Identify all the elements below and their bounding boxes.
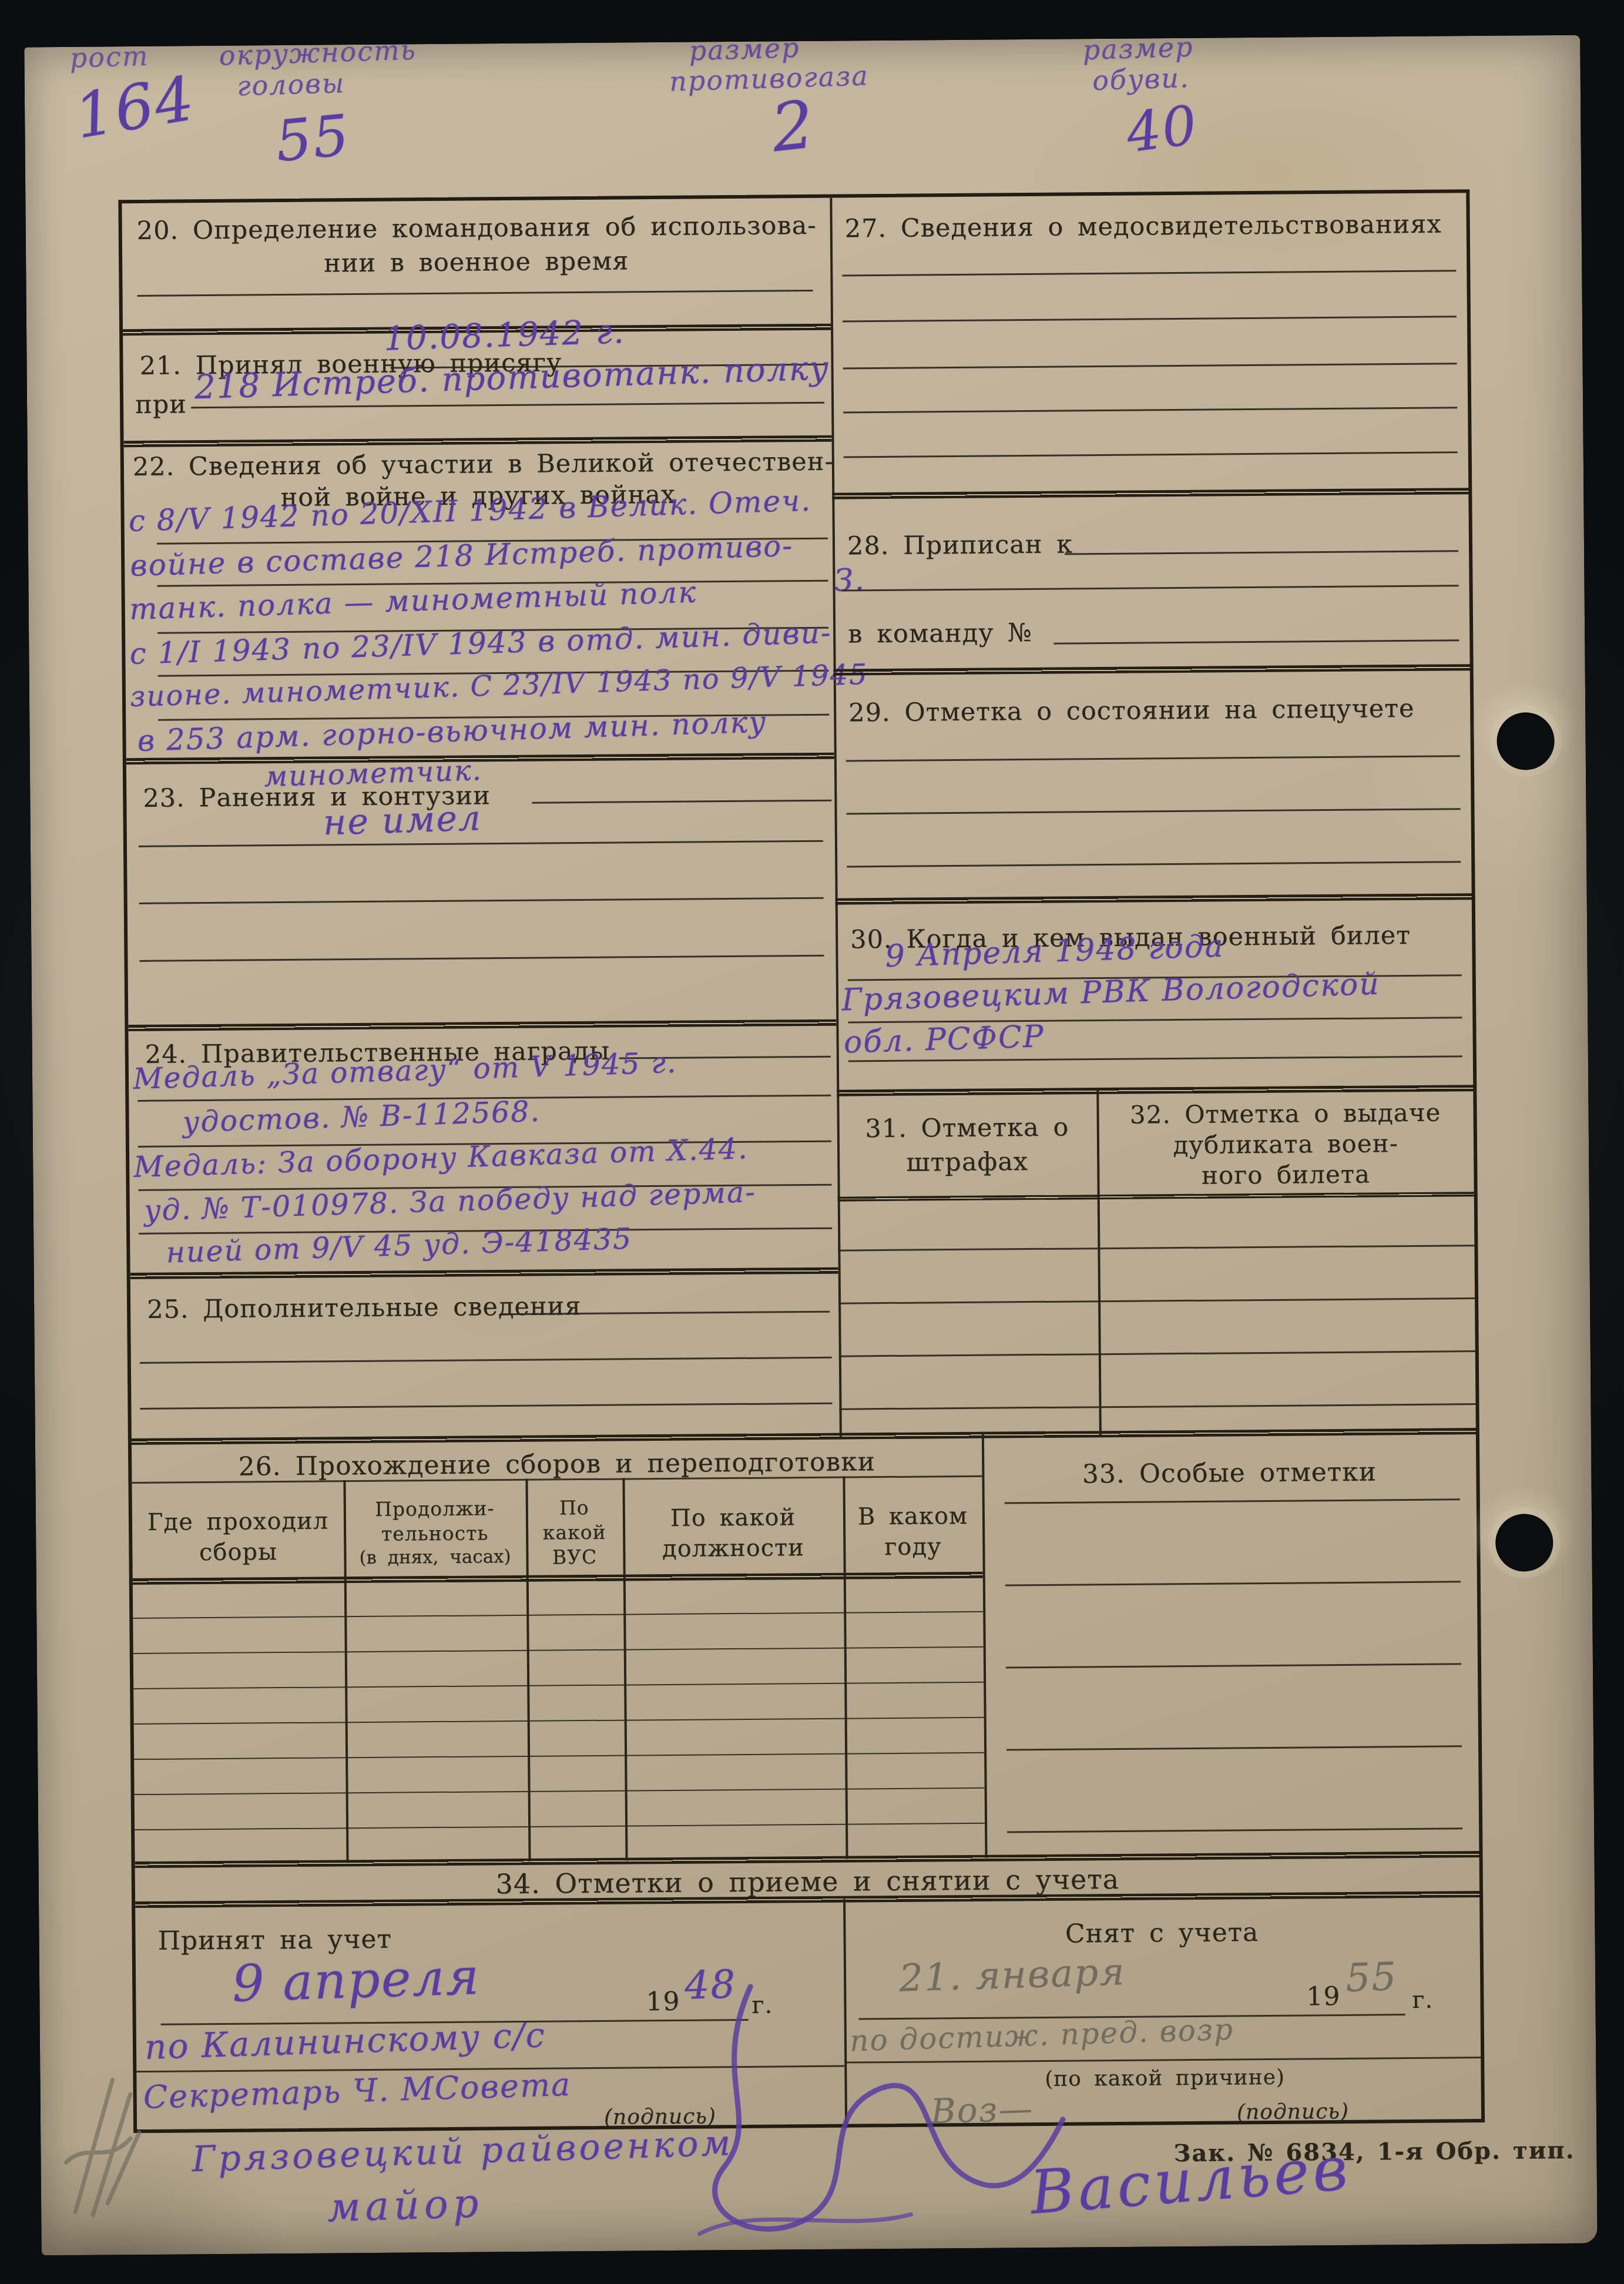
rule-line xyxy=(1006,1663,1461,1668)
deregistered-year-handwriting: 55 xyxy=(1345,1954,1398,2001)
registration-form: 20. Определение командования об использо… xyxy=(118,189,1485,2133)
rule-line xyxy=(1099,1403,1477,1408)
rule-line xyxy=(137,290,813,297)
section-20-title: 20. Определение командования об использо… xyxy=(137,211,816,246)
section-24-award-line: уд. № Т-010978. За победу над герма- xyxy=(143,1175,756,1227)
rule-line xyxy=(135,1787,985,1795)
rule-line xyxy=(846,755,1460,762)
column-divider xyxy=(830,198,842,1438)
annotation-value: 55 xyxy=(273,102,353,175)
section-22-title: 22. Сведения об участии в Великой отечес… xyxy=(133,447,823,482)
rule-line xyxy=(842,270,1456,276)
rule-line xyxy=(1065,550,1458,555)
footer-rank-handwriting: майор xyxy=(327,2180,484,2231)
registered-signer-handwriting: Секретарь Ч. МСовета xyxy=(143,2066,572,2116)
punch-hole xyxy=(1497,712,1555,770)
deregistered-title: Снят с учета xyxy=(843,1916,1480,1951)
rule-line xyxy=(847,808,1461,814)
rule-line xyxy=(140,1357,832,1364)
col-header-position: По какой xyxy=(623,1504,843,1532)
section-30-issue-line: Грязовецким РВК Вологодской xyxy=(841,967,1380,1018)
rule-line xyxy=(139,955,824,962)
annotation-value: 40 xyxy=(1123,93,1202,165)
annotation-label: обуви. xyxy=(1092,62,1190,96)
rule-line xyxy=(132,1428,1477,1445)
section-23-wounds-handwriting: не имел xyxy=(323,797,482,843)
rule-line xyxy=(133,1611,983,1619)
col-header-duration: (в днях, часах) xyxy=(344,1546,526,1568)
footer-signature-handwriting: Васильев xyxy=(1028,2134,1353,2228)
rule-line xyxy=(843,363,1457,369)
col-header-vus: ВУС xyxy=(526,1545,623,1569)
section-25-title: 25. Дополнительные сведения xyxy=(147,1292,582,1324)
rule-line xyxy=(838,1192,1475,1202)
annotation-label: головы xyxy=(236,67,345,102)
pencil-scribble xyxy=(51,2061,187,2221)
rule-line xyxy=(1005,1581,1461,1586)
rule-line xyxy=(124,435,832,447)
annotation-label: размер xyxy=(1082,35,1194,66)
section-31-title: 31. Отметка о xyxy=(837,1112,1097,1143)
signature-flourish xyxy=(662,1978,1076,2252)
annotation-label: окружность xyxy=(219,35,417,72)
section-28-label2: в команду № xyxy=(848,618,1032,649)
rule-line xyxy=(133,1646,984,1654)
section-24-award-line: Медаль: За оборону Кавказа от X.44. xyxy=(133,1132,749,1184)
rule-line xyxy=(139,840,823,847)
rule-line xyxy=(840,1406,1099,1410)
section-32-title: 32. Отметка о выдаче xyxy=(1096,1098,1474,1129)
section-20-title-line2: нии в военное время xyxy=(137,245,816,280)
col-header-where: Где проходил xyxy=(132,1507,344,1536)
section-21-label2: при xyxy=(135,390,187,420)
col-header-duration: Продолжи- xyxy=(344,1497,526,1521)
col-header-vus: какой xyxy=(526,1521,623,1544)
rule-line xyxy=(834,664,1471,676)
rule-line xyxy=(134,1717,984,1725)
col-header-vus: По xyxy=(526,1496,623,1520)
rule-line xyxy=(838,1300,1098,1304)
rule-line xyxy=(832,488,1469,499)
col-header-where: сборы xyxy=(132,1538,344,1567)
rule-line xyxy=(1005,1498,1460,1504)
rule-line xyxy=(1053,639,1459,644)
section-30-issue-line: обл. РСФСР xyxy=(843,1019,1045,1060)
rule-line xyxy=(1007,1827,1462,1833)
rule-line xyxy=(140,1403,832,1410)
section-28-mark-handwriting: З. xyxy=(834,562,866,599)
rule-line xyxy=(139,897,824,904)
section-21-oath-date-handwriting: 10.08.1942 г. xyxy=(383,313,625,358)
scan-background: рост 164 окружность головы 55 размер про… xyxy=(0,0,1624,2284)
section-29-title: 29. Отметка о состоянии на спецучете xyxy=(848,694,1415,728)
rule-line xyxy=(130,1267,838,1279)
section-22-war-line-overflow: минометчик. xyxy=(264,754,483,793)
col-header-year: году xyxy=(843,1533,982,1561)
rule-line xyxy=(1098,1297,1475,1302)
col-header-year: В каком xyxy=(843,1502,982,1531)
section-31-title: штрафах xyxy=(837,1146,1097,1178)
rule-line xyxy=(1098,1245,1475,1249)
section-24-award-line: удостов. № В-112568. xyxy=(182,1095,541,1139)
rule-line xyxy=(133,1682,984,1689)
col-header-duration: тельность xyxy=(344,1521,526,1545)
section-33-divider xyxy=(982,1432,988,1858)
rule-line xyxy=(842,585,1459,591)
rule-line xyxy=(836,893,1472,905)
rule-line xyxy=(837,1085,1474,1096)
rule-line xyxy=(1099,1350,1476,1355)
signature-label: (подпись) xyxy=(1237,2099,1349,2124)
registered-date-handwriting: 9 апреля xyxy=(231,1947,481,2014)
rule-line xyxy=(839,1353,1099,1357)
rule-line xyxy=(128,1019,836,1031)
section-27-title: 27. Сведения о медосвидетельствованиях xyxy=(845,210,1442,244)
annotation-value: 2 xyxy=(767,86,818,167)
section-22-war-line: в 253 арм. горно-вьючном мин. полку xyxy=(137,705,767,758)
rule-line xyxy=(532,800,831,804)
rule-line xyxy=(135,1823,985,1830)
section-32-title: дубликата воен- xyxy=(1097,1128,1474,1160)
rule-line xyxy=(134,1752,984,1760)
annotation-value: 164 xyxy=(70,62,200,153)
rule-line xyxy=(843,316,1457,322)
col-header-position: должности xyxy=(623,1534,843,1563)
section-32-title: ного билета xyxy=(1097,1159,1474,1190)
annotation-head-circumference: окружность головы 55 xyxy=(24,35,1580,48)
rule-line xyxy=(847,861,1461,867)
punch-hole xyxy=(1495,1514,1553,1572)
annotation-label: рост xyxy=(69,40,149,74)
rule-line xyxy=(843,407,1457,413)
section-24-award-line: нией от 9/V 45 уд. Э-418435 xyxy=(166,1222,633,1269)
section-33-title: 33. Особые отметки xyxy=(982,1456,1477,1490)
rule-line xyxy=(844,451,1458,458)
rule-line xyxy=(133,1572,983,1585)
rule-line xyxy=(838,1247,1098,1251)
deregistered-year-suffix: г. xyxy=(1412,1987,1433,2014)
section-28-label: 28. Приписан к xyxy=(847,529,1073,561)
document-card: рост 164 окружность головы 55 размер про… xyxy=(24,35,1597,2256)
rule-line xyxy=(1006,1745,1462,1750)
deregistered-year-print: 19 xyxy=(1306,1981,1340,2011)
